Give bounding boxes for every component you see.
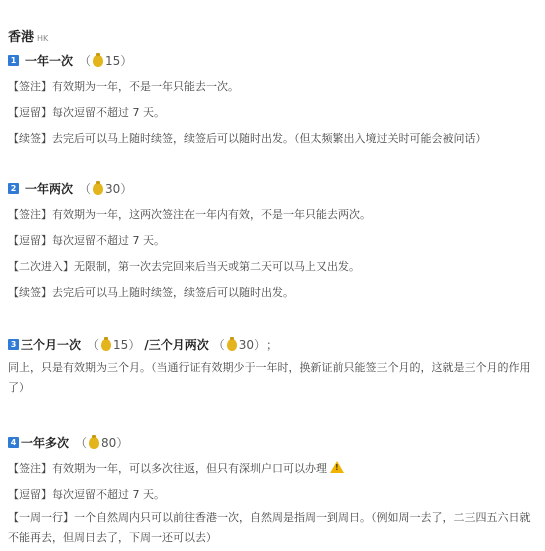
section-2-heading: 2 一年两次 （30） — [8, 180, 132, 197]
section-4-line-1: 【签注】有效期为一年，可以多次往返，但只有深圳户口可以办理 — [8, 460, 344, 476]
section-2-line-4: 【续签】去完后可以马上随时续签，续签后可以随时出发。 — [8, 284, 294, 300]
section-4-line-2: 【逗留】每次逗留不超过 7 天。 — [8, 486, 165, 502]
price-value-2: 30 — [239, 338, 254, 352]
warning-icon — [330, 461, 344, 473]
price-paren: （15） — [87, 336, 140, 353]
price-value: 15 — [105, 54, 120, 68]
section-1-line-2: 【逗留】每次逗留不超过 7 天。 — [8, 104, 165, 120]
title-subtitle: HK — [37, 34, 48, 43]
money-bag-icon — [227, 339, 237, 351]
heading-suffix: ； — [266, 336, 278, 353]
price-paren-2: （30） — [213, 336, 266, 353]
money-bag-icon — [89, 437, 99, 449]
section-1-heading: 1 一年一次 （15） — [8, 52, 132, 69]
section-title: 三个月一次 — [21, 336, 81, 353]
section-2-line-2: 【逗留】每次逗留不超过 7 天。 — [8, 232, 165, 248]
section-title: 一年两次 — [25, 180, 73, 197]
section-4-heading: 4 一年多次 （80） — [8, 434, 128, 451]
number-badge-icon: 3 — [8, 339, 19, 350]
money-bag-icon — [93, 183, 103, 195]
section-1-line-3: 【续签】去完后可以马上随时续签，续签后可以随时出发。（但太频繁出入境过关时可能会… — [8, 130, 487, 146]
section-4-line-3: 【一周一行】一个自然周内只可以前往香港一次，自然周是指周一到周日。（例如周一去了… — [8, 508, 538, 548]
line-text: 【签注】有效期为一年，可以多次往返，但只有深圳户口可以办理 — [8, 462, 327, 475]
price-paren: （30） — [79, 180, 132, 197]
money-bag-icon — [93, 55, 103, 67]
section-title-2: 三个月两次 — [149, 336, 209, 353]
section-2-line-3: 【二次进入】无限制，第一次去完回来后当天或第二天可以马上又出发。 — [8, 258, 360, 274]
number-badge-icon: 4 — [8, 437, 19, 448]
section-title: 一年多次 — [21, 434, 69, 451]
title-text: 香港 — [8, 30, 34, 45]
section-2-line-1: 【签注】有效期为一年，这两次签注在一年内有效，不是一年只能去两次。 — [8, 206, 371, 222]
price-paren: （80） — [75, 434, 128, 451]
page-title: 香港HK — [8, 26, 48, 45]
visa-info-document: 香港HK 1 一年一次 （15） 【签注】有效期为一年，不是一年只能去一次。 【… — [0, 0, 545, 551]
number-badge-icon: 2 — [8, 183, 19, 194]
price-value: 80 — [101, 436, 116, 450]
section-3-heading: 3 三个月一次 （15） / 三个月两次 （30） ； — [8, 336, 278, 353]
price-paren: （15） — [79, 52, 132, 69]
section-title: 一年一次 — [25, 52, 73, 69]
price-value: 30 — [105, 182, 120, 196]
number-badge-icon: 1 — [8, 55, 19, 66]
section-1-line-1: 【签注】有效期为一年，不是一年只能去一次。 — [8, 78, 239, 94]
money-bag-icon — [101, 339, 111, 351]
price-value: 15 — [113, 338, 128, 352]
section-3-line-1: 同上，只是有效期为三个月。（当通行证有效期少于一年时，换新证前只能签三个月的，这… — [8, 358, 538, 398]
